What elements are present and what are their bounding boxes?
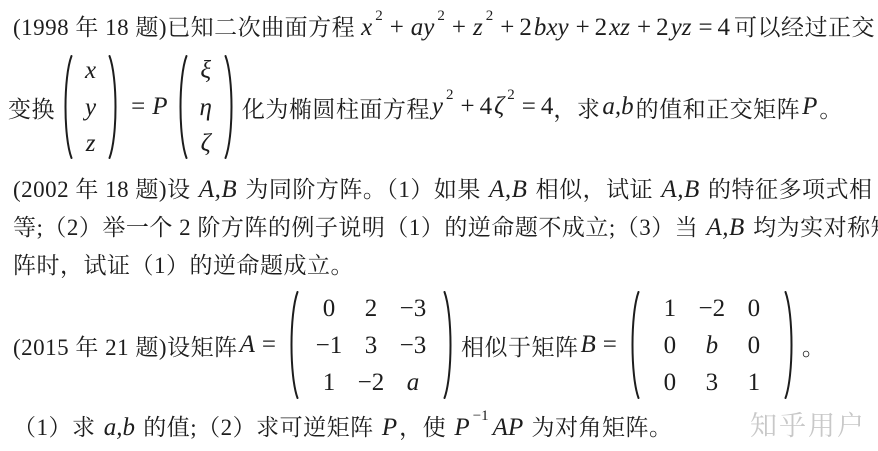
matrix-cell: 1 bbox=[323, 370, 336, 395]
math-token: y bbox=[432, 93, 443, 120]
matrix-P-symbol: P bbox=[802, 93, 817, 121]
matrix-cell: 0 bbox=[664, 333, 677, 358]
math-number: 4 bbox=[718, 14, 731, 41]
math-number: 2 bbox=[595, 14, 608, 41]
left-paren bbox=[627, 289, 640, 401]
problem-2015-line: (2015 年 21 题)设矩阵 A = 02−3 −13−3 1−2a 相似于… bbox=[13, 288, 825, 402]
math-token: ζ bbox=[494, 93, 504, 120]
math-operator: + bbox=[461, 93, 475, 120]
vector-entry: x bbox=[85, 58, 96, 83]
text-run: 相似，试证 bbox=[529, 177, 659, 202]
question-text: （1）求 bbox=[13, 415, 102, 440]
question-text: ，使 bbox=[399, 415, 452, 440]
math-superscript: 2 bbox=[437, 8, 445, 24]
variables-ab: a,b bbox=[104, 414, 135, 441]
cylinder-formula: y2+4ζ2=4 bbox=[430, 93, 553, 121]
text-run: 为同阶方阵。（1）如果 bbox=[239, 177, 487, 202]
right-paren bbox=[108, 53, 121, 161]
matrix-B-symbol: B bbox=[580, 331, 595, 359]
problem-2015-lead: 设矩阵 bbox=[167, 329, 238, 362]
column-vector-greek: ξ η ζ bbox=[175, 53, 237, 161]
question-text: ，求 bbox=[553, 91, 600, 124]
transform-lead: 变换 bbox=[8, 91, 55, 124]
similar-to-text: 相似于矩阵 bbox=[461, 329, 579, 362]
left-paren bbox=[60, 53, 73, 161]
matrix-cell: 1 bbox=[664, 296, 677, 321]
matrix-B-entries: 1−20 0b0 031 bbox=[640, 296, 784, 395]
vector-entries: x y z bbox=[73, 58, 108, 156]
problem-1998-intro: 已知二次曲面方程 bbox=[167, 15, 355, 40]
question-text: 为对角矩阵。 bbox=[525, 415, 672, 440]
math-operator: + bbox=[500, 14, 514, 41]
math-token: xz bbox=[609, 14, 630, 41]
text-run: 阵时，试证（1）的逆命题成立。 bbox=[13, 253, 354, 278]
math-token: x bbox=[361, 14, 372, 41]
problem-1998-tail: 可以经过正交 bbox=[734, 15, 875, 40]
math-superscript: 2 bbox=[446, 87, 454, 103]
variables-AB: A,B bbox=[661, 176, 699, 203]
document-page: (1998 年 18 题)已知二次曲面方程 x2+ay2+z2+2bxy+2xz… bbox=[0, 0, 878, 451]
variables-AB: A,B bbox=[707, 214, 745, 241]
right-paren bbox=[443, 289, 456, 401]
matrix-cell: a bbox=[407, 370, 420, 395]
matrix-P-symbol: P bbox=[382, 414, 397, 441]
matrix-P-symbol: P bbox=[454, 414, 469, 441]
question-text: 的值;（2）求可逆矩阵 bbox=[137, 415, 380, 440]
problem-2015-questions: （1）求 a,b 的值;（2）求可逆矩阵 P，使 P−1AP 为对角矩阵。 bbox=[13, 409, 672, 442]
vector-entry: y bbox=[85, 95, 96, 120]
transform-mid-text: 化为椭圆柱面方程 bbox=[242, 91, 430, 124]
problem-1998-label: (1998 年 18 题) bbox=[13, 15, 167, 40]
matrix-cell: 3 bbox=[706, 370, 719, 395]
text-run: 均为实对称矩 bbox=[747, 215, 878, 240]
matrix-cell: 0 bbox=[748, 296, 761, 321]
equals-sign: = bbox=[262, 331, 276, 359]
question-text: 的值和正交矩阵 bbox=[636, 91, 801, 124]
math-operator: + bbox=[452, 14, 466, 41]
variables-ab: a,b bbox=[602, 93, 633, 121]
math-superscript: 2 bbox=[486, 8, 494, 24]
matrix-cell: −1 bbox=[316, 333, 343, 358]
text-run: 等;（2）举一个 2 阶方阵的例子说明（1）的逆命题不成立;（3）当 bbox=[13, 215, 705, 240]
math-token: bxy bbox=[534, 14, 569, 41]
math-superscript: 2 bbox=[507, 87, 515, 103]
quadric-surface-formula: x2+ay2+z2+2bxy+2xz+2yz=4 bbox=[359, 22, 730, 39]
left-paren bbox=[175, 53, 188, 161]
problem-2002-line2: 等;（2）举一个 2 阶方阵的例子说明（1）的逆命题不成立;（3）当 A,B 均… bbox=[13, 209, 878, 247]
matrix-A-entries: 02−3 −13−3 1−2a bbox=[299, 296, 443, 395]
problem-2002-line3: 阵时，试证（1）的逆命题成立。 bbox=[13, 247, 878, 285]
math-operator: = bbox=[522, 93, 536, 120]
math-superscript: 2 bbox=[375, 8, 383, 24]
math-operator: + bbox=[637, 14, 651, 41]
right-paren bbox=[784, 289, 797, 401]
problem-2002-label-text: (2002 年 18 题)设 bbox=[13, 177, 197, 202]
matrix-cell: 2 bbox=[365, 296, 378, 321]
matrix-cell: 1 bbox=[748, 370, 761, 395]
problem-1998-line1: (1998 年 18 题)已知二次曲面方程 x2+ay2+z2+2bxy+2xz… bbox=[13, 9, 875, 42]
sentence-period: 。 bbox=[802, 329, 826, 362]
problem-1998-line2: 变换 x y z = P ξ η ζ 化为椭圆柱面方程 y2+4ζ2=4 ，求a… bbox=[8, 50, 843, 164]
matrix-cell: 3 bbox=[365, 333, 378, 358]
vector-entry: ζ bbox=[201, 131, 211, 156]
vector-entry: η bbox=[200, 95, 212, 120]
matrix-B: 1−20 0b0 031 bbox=[627, 289, 797, 401]
matrix-cell: 0 bbox=[664, 370, 677, 395]
text-run: 的特征多项式相 bbox=[702, 177, 873, 202]
math-number: 2 bbox=[656, 14, 669, 41]
matrix-AP-symbol: AP bbox=[493, 414, 524, 441]
matrix-cell: 0 bbox=[323, 296, 336, 321]
inverse-superscript: −1 bbox=[473, 408, 489, 424]
matrix-cell: b bbox=[706, 333, 719, 358]
equals-sign: = bbox=[131, 93, 145, 121]
matrix-cell: −2 bbox=[358, 370, 385, 395]
problem-2002-paragraph: (2002 年 18 题)设 A,B 为同阶方阵。（1）如果 A,B 相似，试证… bbox=[13, 171, 878, 285]
math-number: 2 bbox=[519, 14, 532, 41]
column-vector-xyz: x y z bbox=[60, 53, 121, 161]
math-token: z bbox=[473, 14, 483, 41]
variables-AB: A,B bbox=[199, 176, 237, 203]
math-token: ay bbox=[411, 14, 435, 41]
matrix-P-symbol: P bbox=[152, 93, 167, 121]
math-operator: = bbox=[698, 14, 712, 41]
problem-2015-label: (2015 年 21 题) bbox=[13, 329, 167, 362]
problem-2002-line1: (2002 年 18 题)设 A,B 为同阶方阵。（1）如果 A,B 相似，试证… bbox=[13, 171, 878, 209]
right-paren bbox=[224, 53, 237, 161]
vector-entry: ξ bbox=[200, 58, 211, 83]
matrix-A-symbol: A bbox=[240, 331, 255, 359]
matrix-cell: −3 bbox=[400, 296, 427, 321]
matrix-cell: −2 bbox=[699, 296, 726, 321]
math-number: 4 bbox=[480, 93, 493, 120]
vector-entries: ξ η ζ bbox=[188, 58, 224, 156]
math-operator: + bbox=[390, 14, 404, 41]
left-paren bbox=[286, 289, 299, 401]
equals-sign: = bbox=[603, 331, 617, 359]
matrix-cell: 0 bbox=[748, 333, 761, 358]
matrix-cell: −3 bbox=[400, 333, 427, 358]
vector-entry: z bbox=[86, 131, 96, 156]
question-text: 。 bbox=[819, 91, 843, 124]
math-operator: + bbox=[576, 14, 590, 41]
math-number: 4 bbox=[541, 93, 554, 120]
math-token: yz bbox=[671, 14, 692, 41]
zhihu-user-watermark: 知乎用户 bbox=[750, 404, 866, 443]
matrix-A: 02−3 −13−3 1−2a bbox=[286, 289, 456, 401]
variables-AB: A,B bbox=[489, 176, 527, 203]
